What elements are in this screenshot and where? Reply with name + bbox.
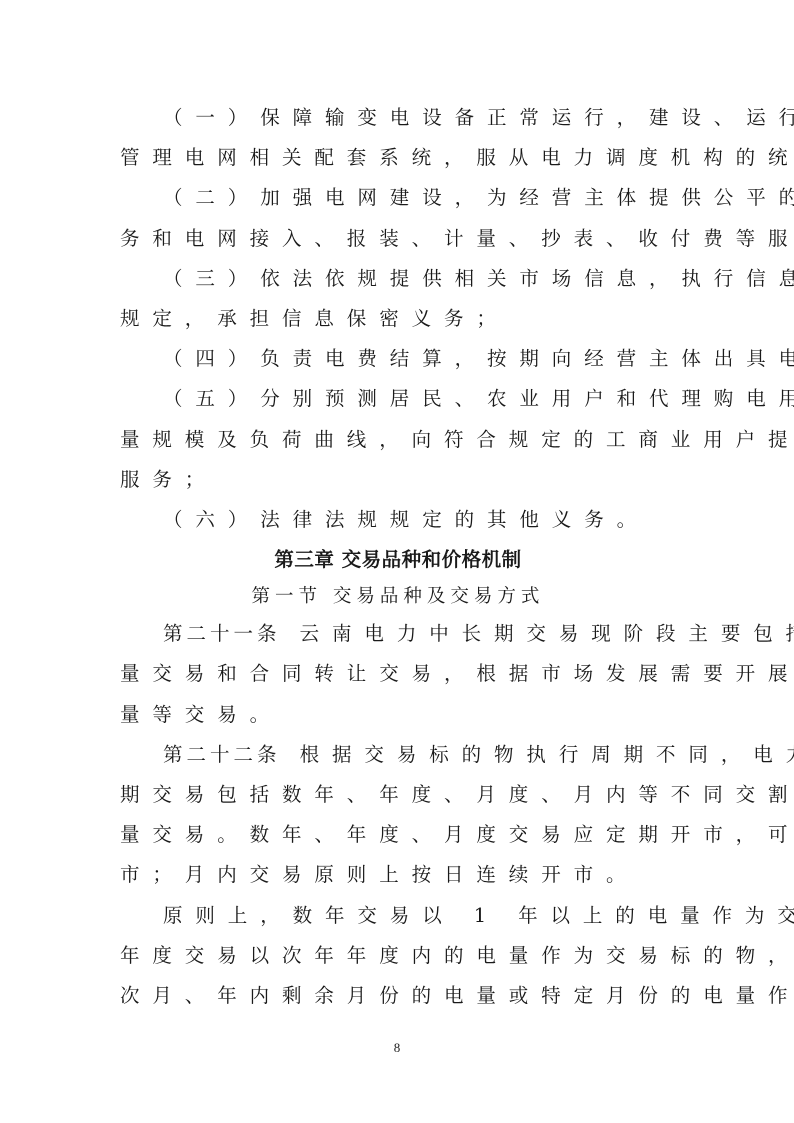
article-label: 第二十一条 [163,622,281,645]
principle-paragraph: 原则上，数年交易以 1 年以上的电量作为交易标的物， 年度交易以次年年度内的电量… [120,896,676,1017]
text-line: 年度交易以次年年度内的电量作为交易标的物，月度交易以 [120,936,676,976]
article-text: 根据交易标的物执行周期不同，电力中长 [300,743,794,766]
text-line: 量等交易。 [120,695,676,735]
article-text: 云南电力中长期交易现阶段主要包括电能 [300,622,794,645]
text-line: （三）依法依规提供相关市场信息，执行信息披露有关 [120,259,676,299]
text-line: 第二十一条 云南电力中长期交易现阶段主要包括电能 [120,614,676,654]
obligation-item-5: （五）分别预测居民、农业用户和代理购电用户的用电 量规模及负荷曲线，向符合规定的… [120,379,676,500]
text-line: 次月、年内剩余月份的电量或特定月份的电量作为交易标的 [120,976,676,1016]
page-number: 8 [0,1040,794,1056]
text-line: 务和电网接入、报装、计量、抄表、收付费等服务； [120,219,676,259]
text-line: 量规模及负荷曲线，向符合规定的工商业用户提供代理购电 [120,420,676,460]
obligation-item-1: （一）保障输变电设备正常运行，建设、运行、维护和 管理电网相关配套系统，服从电力… [120,98,676,178]
text-line: 第二十二条 根据交易标的物执行周期不同，电力中长 [120,735,676,775]
text-line: 量交易和合同转让交易，根据市场发展需要开展输电权、容 [120,654,676,694]
text-line: （五）分别预测居民、农业用户和代理购电用户的用电 [120,379,676,419]
text-line: 市；月内交易原则上按日连续开市。 [120,855,676,895]
text-line: 期交易包括数年、年度、月度、月内等不同交割周期的电能 [120,775,676,815]
text-line: 量交易。数年、年度、月度交易应定期开市，可探索连续开 [120,815,676,855]
text-line: 原则上，数年交易以 1 年以上的电量作为交易标的物， [120,896,676,936]
text-line: 规定，承担信息保密义务； [120,299,676,339]
article-21: 第二十一条 云南电力中长期交易现阶段主要包括电能 量交易和合同转让交易，根据市场… [120,614,676,735]
obligation-item-3: （三）依法依规提供相关市场信息，执行信息披露有关 规定，承担信息保密义务； [120,259,676,339]
section-heading: 第一节 交易品种及交易方式 [120,580,676,614]
text-line: （四）负责电费结算，按期向经营主体出具电费账单； [120,339,676,379]
document-page: （一）保障输变电设备正常运行，建设、运行、维护和 管理电网相关配套系统，服从电力… [120,98,676,1016]
article-22: 第二十二条 根据交易标的物执行周期不同，电力中长 期交易包括数年、年度、月度、月… [120,735,676,896]
chapter-heading: 第三章 交易品种和价格机制 [120,540,676,580]
text-line: （六）法律法规规定的其他义务。 [120,500,676,540]
obligation-item-4: （四）负责电费结算，按期向经营主体出具电费账单； [120,339,676,379]
obligation-item-2: （二）加强电网建设，为经营主体提供公平的输配电服 务和电网接入、报装、计量、抄表… [120,178,676,258]
text-line: 管理电网相关配套系统，服从电力调度机构的统一调度； [120,138,676,178]
article-label: 第二十二条 [163,743,281,766]
text-line: 服务； [120,460,676,500]
text-line: （二）加强电网建设，为经营主体提供公平的输配电服 [120,178,676,218]
text-line: （一）保障输变电设备正常运行，建设、运行、维护和 [120,98,676,138]
obligation-item-6: （六）法律法规规定的其他义务。 [120,500,676,540]
